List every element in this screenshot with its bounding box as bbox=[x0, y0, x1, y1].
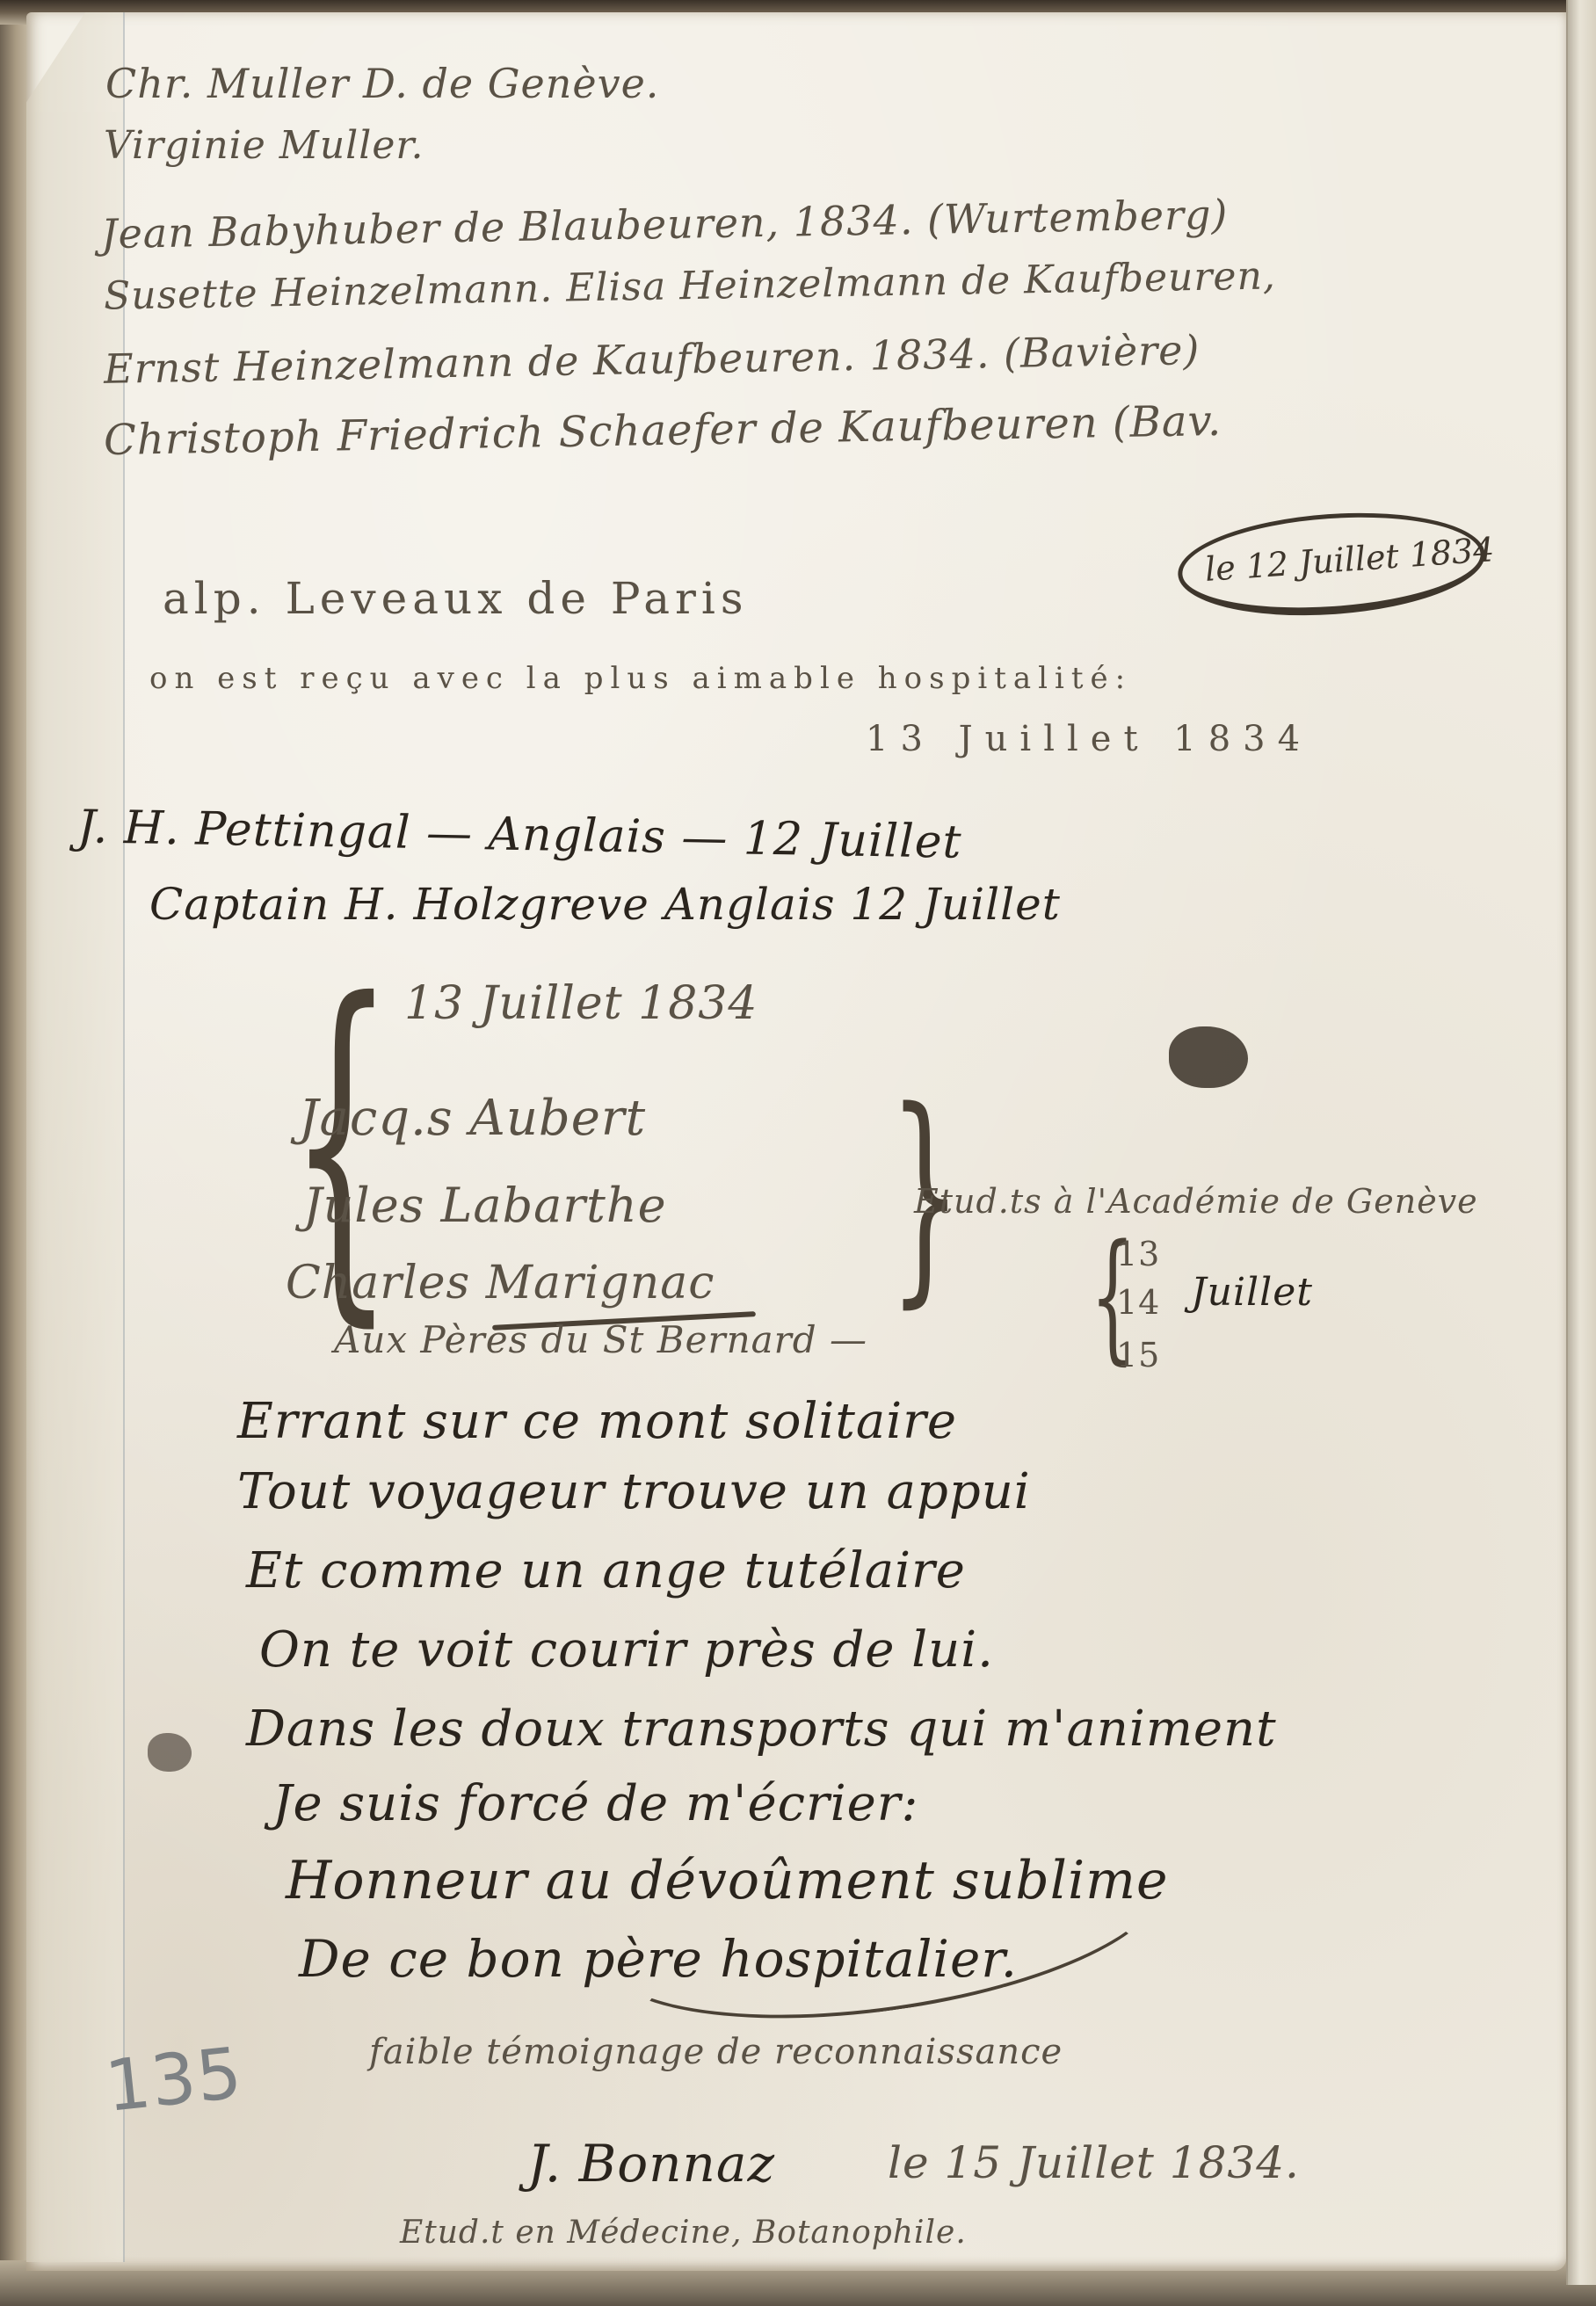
group-name-3: Charles Marignac bbox=[286, 1257, 715, 1309]
poem-line-6: Je suis forcé de m'écrier: bbox=[272, 1775, 918, 1832]
group-name-2: Jules Labarthe bbox=[303, 1178, 667, 1233]
poem-line-2: Tout voyageur trouve un appui bbox=[237, 1463, 1031, 1520]
poem-line-4: On te voit courir près de lui. bbox=[259, 1621, 994, 1679]
oval-date-text: le 12 Juillet 1834 bbox=[1204, 530, 1496, 589]
entry-leveaux: alp. Leveaux de Paris bbox=[163, 573, 749, 624]
group-dedication: Aux Pères du St Bernard — bbox=[334, 1318, 867, 1361]
signature-title: Etud.t en Médecine, Botanophile. bbox=[400, 2215, 967, 2251]
page-stack-edge-right bbox=[1566, 0, 1596, 2285]
signature-name: J. Bonnaz bbox=[527, 2134, 775, 2194]
signature-date: le 15 Juillet 1834. bbox=[888, 2137, 1300, 2188]
stay-day-15: 15 bbox=[1116, 1336, 1160, 1374]
entry-leveaux-note: on est reçu avec la plus aimable hospita… bbox=[149, 661, 1132, 696]
stay-month: Juillet bbox=[1191, 1270, 1313, 1315]
entry-leveaux-date: 13 Juillet 1834 bbox=[866, 719, 1312, 759]
group-date: 13 Juillet 1834 bbox=[404, 977, 758, 1030]
poem-line-5: Dans les doux transports qui m'animent bbox=[246, 1700, 1277, 1758]
poem-line-1: Errant sur ce mont solitaire bbox=[237, 1393, 957, 1450]
stay-day-14: 14 bbox=[1116, 1283, 1160, 1322]
stay-day-13: 13 bbox=[1116, 1235, 1160, 1273]
entry-muller-chr: Chr. Muller D. de Genève. bbox=[105, 60, 659, 107]
ink-blot-small bbox=[148, 1733, 192, 1772]
group-affiliation: Etud.ts à l'Académie de Genève bbox=[914, 1182, 1478, 1221]
manuscript-scan: Chr. Muller D. de Genève. Virginie Mulle… bbox=[0, 0, 1596, 2306]
poem-line-3: Et comme un ange tutélaire bbox=[246, 1542, 966, 1599]
group-name-1: Jacq.s Aubert bbox=[299, 1090, 646, 1147]
poem-closing: faible témoignage de reconnaissance bbox=[369, 2032, 1063, 2072]
page-number: 135 bbox=[102, 2032, 247, 2128]
entry-muller-virginie: Virginie Muller. bbox=[104, 123, 424, 168]
entry-holzgreve: Captain H. Holzgreve Anglais 12 Juillet bbox=[149, 879, 1061, 930]
ink-blot bbox=[1169, 1026, 1248, 1088]
